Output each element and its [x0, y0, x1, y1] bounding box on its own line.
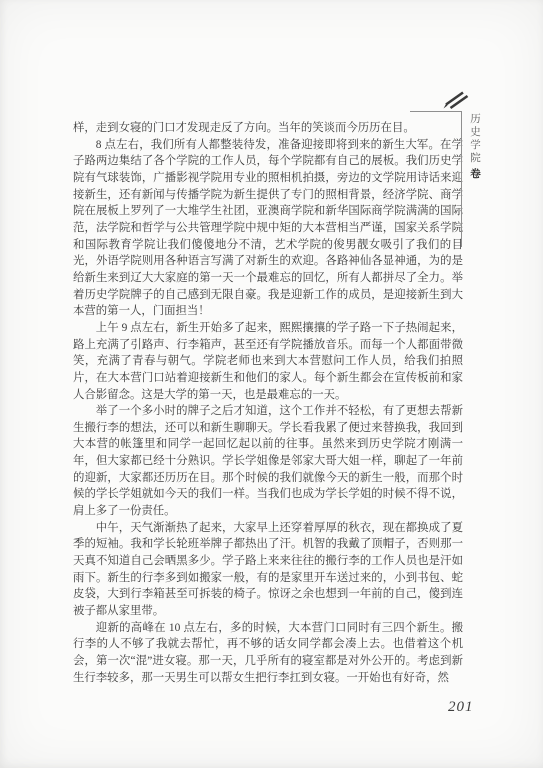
page-number: 201 [448, 699, 474, 716]
book-page: 样，走到女寝的门口才发现走反了方向。当年的笑谈而今历历在目。 8 点左右，我们所… [0, 0, 543, 768]
pen-icon [443, 89, 469, 111]
paragraph: 8 点左右，我们所有人都整装待发，准备迎接即将到来的新生大军。在学子路两边集结了… [73, 137, 463, 320]
body-text: 样，走到女寝的门口才发现走反了方向。当年的笑谈而今历历在目。 8 点左右，我们所… [73, 120, 463, 686]
side-rule-vertical [461, 111, 462, 247]
paragraph: 中午，天气渐渐热了起来，大家早上还穿着厚厚的秋衣，现在都换成了夏季的短袖。我和学… [73, 520, 463, 620]
side-rule-horizontal [410, 111, 461, 112]
paragraph: 举了一个多小时的牌子之后才知道，这个工作并不轻松，有了更想去帮新生搬行李的想法，… [73, 403, 463, 520]
paragraph: 上午 9 点左右，新生开始多了起来，熙熙攘攘的学子路一下子热闹起来，路上充满了引… [73, 320, 463, 403]
side-caption-title: 历史学院 [469, 113, 480, 165]
paragraph: 样，走到女寝的门口才发现走反了方向。当年的笑谈而今历历在目。 [73, 120, 463, 137]
side-caption: 历史学院卷 [467, 113, 482, 181]
volume-label: 卷 [469, 168, 480, 181]
paragraph: 迎新的高峰在 10 点左右，多的时候，大本营门口同时有三四个新生。搬行李的人不够… [73, 620, 463, 687]
